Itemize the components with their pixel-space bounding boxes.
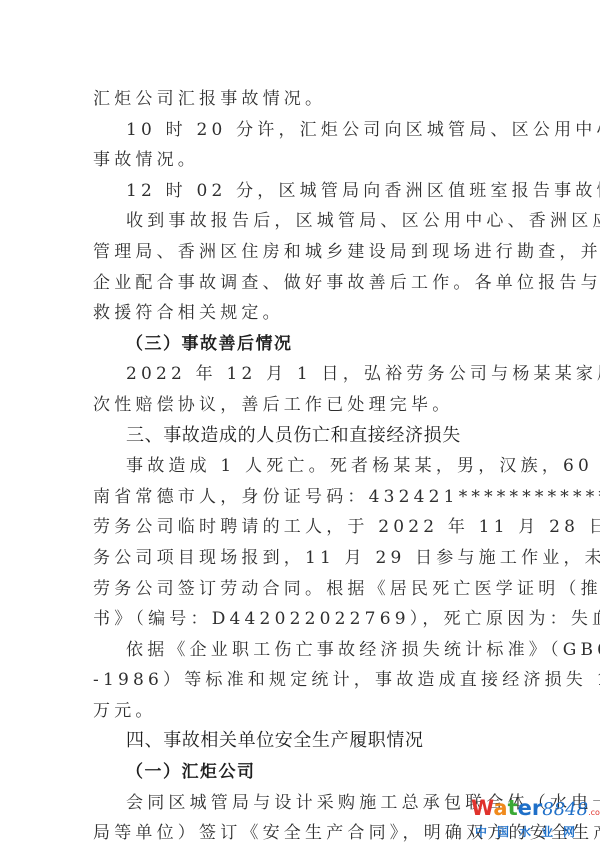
text-line: 2022 年 12 月 1 日，弘裕劳务公司与杨某某家属签订一: [93, 359, 513, 390]
text-line: 劳务公司签订劳动合同。根据《居民死亡医学证明（推断）: [93, 574, 513, 605]
water8848-logo: Water8848.com: [471, 797, 591, 824]
text-line: 南省常德市人，身份证号码：432421************，系弘裕: [93, 482, 513, 513]
text-line: 管理局、香洲区住房和城乡建设局到现场进行勘查，并督促: [93, 237, 513, 268]
logo-letter-w: W: [471, 796, 493, 820]
text-line: 会同区城管局与设计采购施工总承包联合体（水电十一: [93, 788, 513, 819]
text-line: 12 时 02 分，区城管局向香洲区值班室报告事故情况。: [93, 176, 513, 207]
logo-domain: .com: [588, 808, 600, 817]
section-heading: 三、事故造成的人员伤亡和直接经济损失: [93, 421, 513, 452]
logo-number: 8848: [542, 799, 588, 820]
site-name: 中国水业网: [471, 824, 591, 840]
text-line: -1986）等标准和规定统计，事故造成直接经济损失 129.75: [93, 665, 513, 696]
site-watermark: Water8848.com 中国水业网: [471, 797, 591, 841]
text-line: 务公司项目现场报到，11 月 29 日参与施工作业，未与弘裕: [93, 543, 513, 574]
text-line: 事故情况。: [93, 145, 513, 176]
document-page: 汇炬公司汇报事故情况。 10 时 20 分许，汇炬公司向区城管局、区公用中心报告…: [93, 84, 513, 848]
text-line: 万元。: [93, 696, 513, 727]
text-line: 劳务公司临时聘请的工人，于 2022 年 11 月 28 日到弘裕劳: [93, 512, 513, 543]
logo-letter-t: t: [508, 796, 518, 820]
text-line: 事故造成 1 人死亡。死者杨某某，男，汉族，60 岁，湖: [93, 451, 513, 482]
text-line: 汇炬公司汇报事故情况。: [93, 84, 513, 115]
text-line: 企业配合事故调查、做好事故善后工作。各单位报告与应急: [93, 268, 513, 299]
text-line: 依据《企业职工伤亡事故经济损失统计标准》（GB6721: [93, 635, 513, 666]
text-line: 次性赔偿协议，善后工作已处理完毕。: [93, 390, 513, 421]
text-line: 书》（编号：D442022022769），死亡原因为：失血性休克。: [93, 604, 513, 635]
section-subheading: （一）汇炬公司: [93, 757, 513, 788]
section-subheading: （三）事故善后情况: [93, 329, 513, 360]
section-heading: 四、事故相关单位安全生产履职情况: [93, 726, 513, 757]
text-line: 10 时 20 分许，汇炬公司向区城管局、区公用中心报告: [93, 115, 513, 146]
logo-letter-a: a: [493, 796, 507, 820]
text-line: 救援符合相关规定。: [93, 298, 513, 329]
text-line: 局等单位）签订《安全生产合同》，明确双方的安全生产责: [93, 818, 513, 848]
text-line: 收到事故报告后，区城管局、区公用中心、香洲区应急: [93, 206, 513, 237]
logo-letters-er: er: [518, 796, 543, 820]
